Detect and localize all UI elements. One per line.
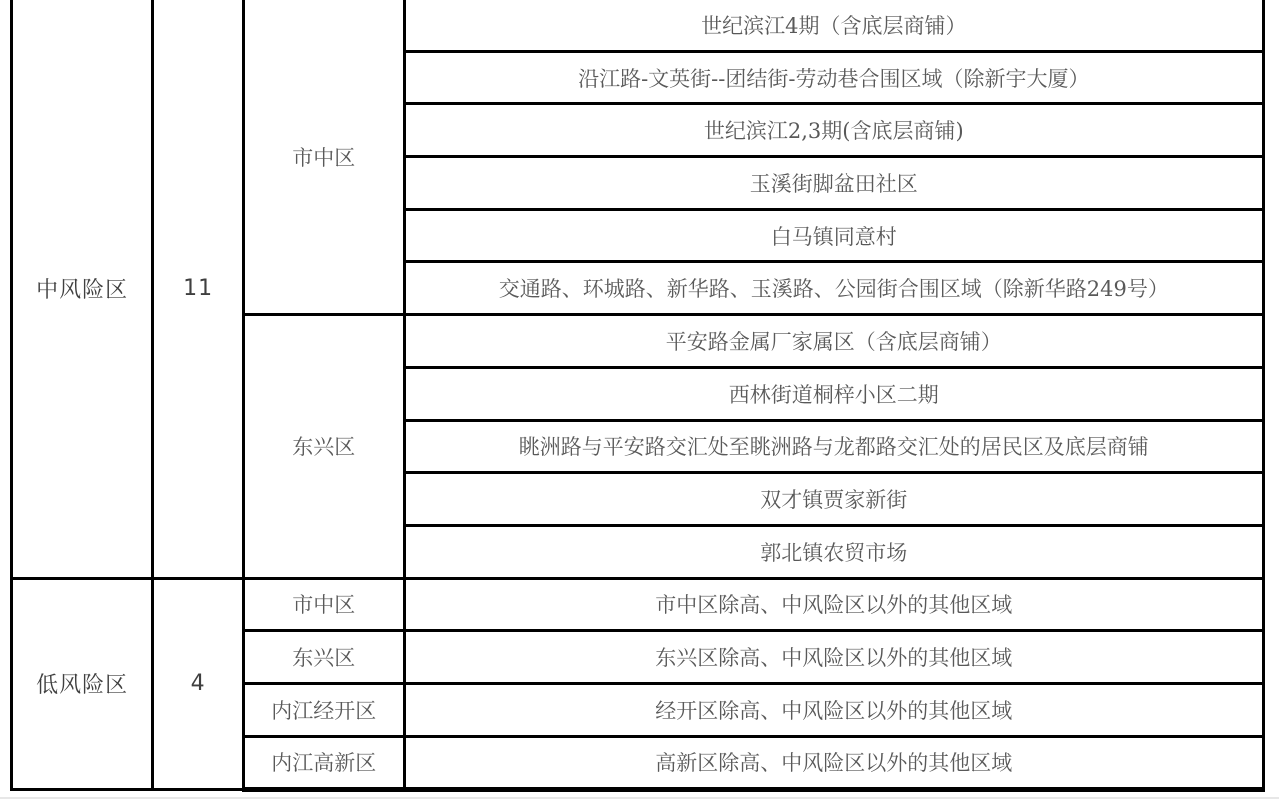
count-cell: 11 (153, 0, 244, 578)
area-cell: 世纪滨江4期（含底层商铺） (404, 0, 1263, 51)
area-cell: 玉溪街脚盆田社区 (404, 157, 1263, 210)
area-cell: 沿江路-文英街--团结街-劳动巷合围区域（除新宇大厦） (404, 51, 1263, 104)
area-cell: 双才镇贾家新街 (404, 473, 1263, 526)
district-cell: 东兴区 (243, 315, 404, 578)
area-cell: 世纪滨江2,3期(含底层商铺) (404, 104, 1263, 157)
area-cell: 东兴区除高、中风险区以外的其他区域 (404, 631, 1263, 684)
area-cell: 高新区除高、中风险区以外的其他区域 (404, 736, 1263, 790)
document-page: 中风险区 11 市中区 世纪滨江4期（含底层商铺） 沿江路-文英街--团结街-劳… (0, 0, 1279, 802)
risk-area-table: 中风险区 11 市中区 世纪滨江4期（含底层商铺） 沿江路-文英街--团结街-劳… (10, 0, 1265, 792)
area-cell: 郭北镇农贸市场 (404, 525, 1263, 578)
table-row: 中风险区 11 市中区 世纪滨江4期（含底层商铺） (12, 0, 1264, 51)
district-cell: 市中区 (243, 578, 404, 631)
area-cell: 交通路、环城路、新华路、玉溪路、公园街合围区域（除新华路249号） (404, 262, 1263, 315)
district-cell: 内江经开区 (243, 683, 404, 736)
area-cell: 市中区除高、中风险区以外的其他区域 (404, 578, 1263, 631)
area-cell: 眺洲路与平安路交汇处至眺洲路与龙都路交汇处的居民区及底层商铺 (404, 420, 1263, 473)
district-cell: 东兴区 (243, 631, 404, 684)
area-cell: 西林街道桐梓小区二期 (404, 367, 1263, 420)
risk-level-cell: 中风险区 (12, 0, 153, 578)
count-cell: 4 (153, 578, 244, 790)
district-cell: 内江高新区 (243, 736, 404, 790)
table-row: 低风险区 4 市中区 市中区除高、中风险区以外的其他区域 (12, 578, 1264, 631)
area-cell: 经开区除高、中风险区以外的其他区域 (404, 683, 1263, 736)
area-cell: 平安路金属厂家属区（含底层商铺） (404, 315, 1263, 368)
district-cell: 市中区 (243, 0, 404, 315)
area-cell: 白马镇同意村 (404, 209, 1263, 262)
risk-level-cell: 低风险区 (12, 578, 153, 790)
page-edge-divider (0, 797, 1279, 799)
